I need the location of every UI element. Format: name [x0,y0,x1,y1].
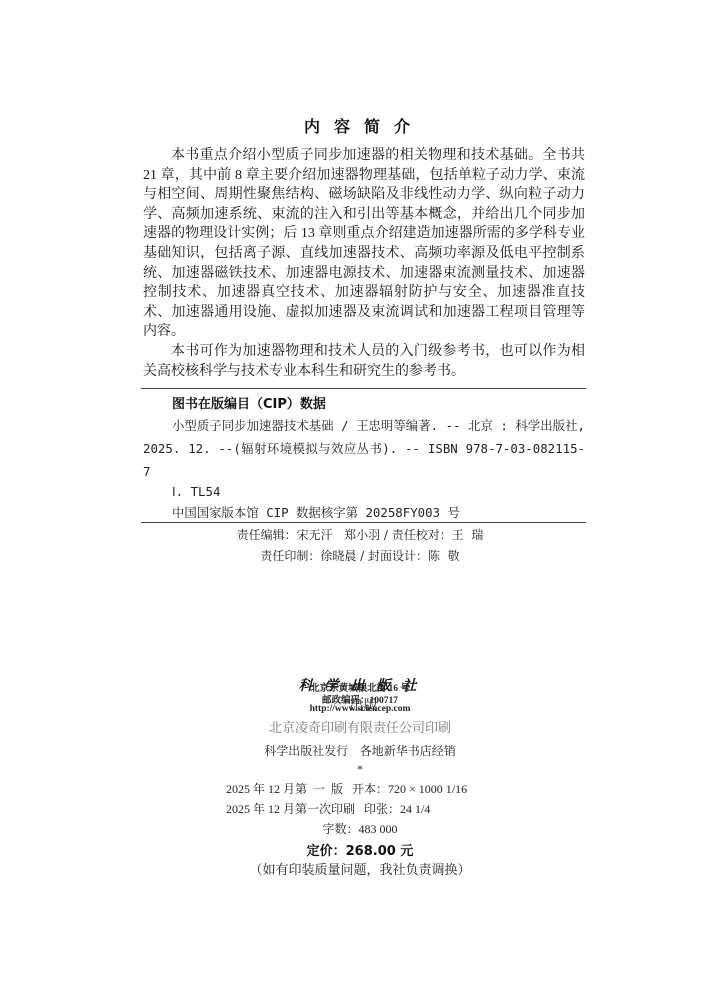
separator-asterisk: * [0,762,720,777]
cip-heading: 图书在版编目（CIP）数据 [172,393,326,412]
cip-bottom-rule [141,522,586,523]
staff-editors: 责任编辑：宋无汗 郑小羽 / 责任校对：王 瑞 [0,526,720,543]
cip-record-text: 小型质子同步加速器技术基础 / 王忠明等编著. -- 北京 : 科学出版社, 2… [143,414,585,483]
summary-section: 本书重点介绍小型质子同步加速器的相关物理和技术基础。全书共 21 章，其中前 8… [143,146,585,381]
edition-line-2: 2025 年 12 月第一次印刷 印张：24 1/4 [226,800,430,817]
cip-record: 小型质子同步加速器技术基础 / 王忠明等编著. -- 北京 : 科学出版社, 2… [143,414,585,483]
summary-paragraph-1: 本书重点介绍小型质子同步加速器的相关物理和技术基础。全书共 21 章，其中前 8… [143,146,585,342]
edition-line-1: 2025 年 12 月第 一 版 开本：720 × 1000 1/16 [226,780,467,797]
summary-paragraph-2: 本书可作为加速器物理和技术人员的入门级参考书，也可以作为相关高校核科学与技术专业… [143,342,585,381]
staff-production: 责任印制：徐晓晨 / 封面设计：陈 敬 [0,547,720,564]
page-title: 内容简介 [0,114,720,137]
quality-notice: （如有印装质量问题，我社负责调换） [0,859,720,878]
distribution-line: 科学出版社发行 各地新华书店经销 [0,742,720,759]
publisher-website: http://www.sciencep.com [0,704,720,714]
cip-top-rule [141,388,586,389]
cip-verification: 中国国家版本馆 CIP 数据核字第 20258FY003 号 [172,503,460,521]
cip-classification: Ⅰ. TL54 [172,484,220,499]
printer-line: 北京凌奇印刷有限责任公司印刷 [0,717,720,736]
word-count: 字数：483 000 [0,820,720,837]
price: 定价：268.00 元 [0,840,720,859]
